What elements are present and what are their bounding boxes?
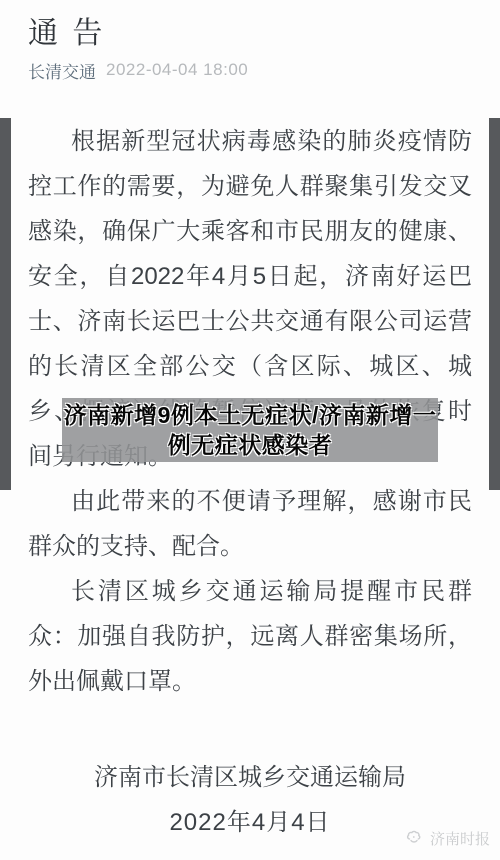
watermark: 济南时报	[405, 827, 490, 849]
jinan-times-logo-icon	[405, 829, 425, 847]
notice-article-page: 通 告 长清交通 2022-04-04 18:00 根据新型冠状病毒感染的肺炎疫…	[0, 0, 500, 860]
source-name: 长清交通	[28, 58, 96, 83]
caption-line: 济南新增9例本土无症状/济南新增一	[62, 400, 438, 430]
byline: 长清交通 2022-04-04 18:00	[28, 57, 248, 83]
news-caption-overlay: 济南新增9例本土无症状/济南新增一 例无症状感染者	[62, 398, 438, 462]
issuer-signature: 济南市长清区城乡交通运输局	[28, 755, 472, 800]
body-line: 由此带来的不便请予理解，感谢市民	[28, 479, 472, 524]
page-title: 通 告	[28, 8, 105, 52]
body-line: 感染，确保广大乘客和市民朋友的健康、	[28, 209, 472, 254]
photo-edge-left	[0, 118, 11, 490]
body-line: 群众的支持、配合。	[28, 524, 472, 569]
body-line: 外出佩戴口罩。	[28, 659, 472, 704]
body-line: 长清区城乡交通运输局提醒市民群	[28, 569, 472, 614]
body-line: 众：加强自我防护，远离人群密集场所，	[28, 614, 472, 659]
body-line: 控工作的需要，为避免人群聚集引发交叉	[28, 164, 472, 209]
caption-line: 例无症状感染者	[62, 430, 438, 460]
publish-timestamp: 2022-04-04 18:00	[106, 60, 248, 80]
body-line: 的长清区全部公交（含区际、城区、城	[28, 344, 472, 389]
photo-edge-right	[489, 118, 500, 490]
body-line: 安全，自2022年4月5日起，济南好运巴	[28, 254, 472, 299]
watermark-label: 济南时报	[430, 828, 490, 849]
body-line: 士、济南长运巴士公共交通有限公司运营	[28, 299, 472, 344]
body-line: 根据新型冠状病毒感染的肺炎疫情防	[28, 119, 472, 164]
